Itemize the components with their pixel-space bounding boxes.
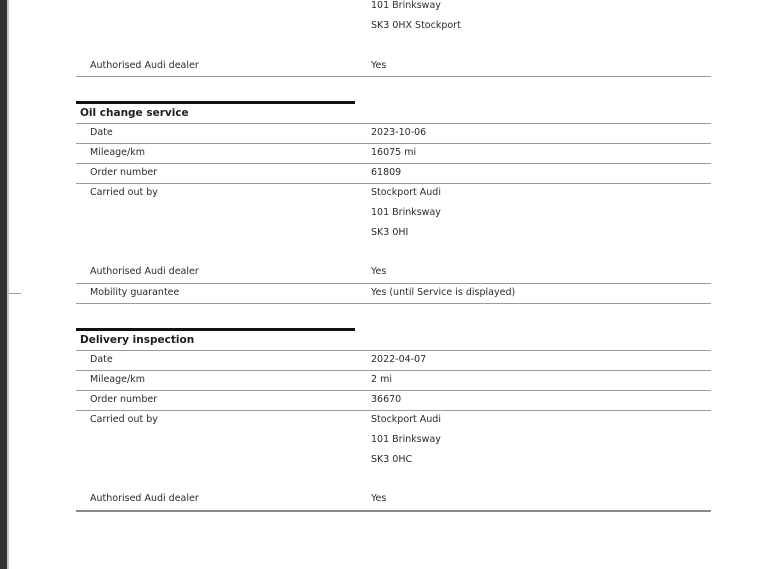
- service-record-document: 101 Brinksway SK3 0HX Stockport Authoris…: [0, 0, 759, 569]
- row-divider: [76, 390, 711, 391]
- field-value: Yes: [371, 60, 386, 72]
- field-label: Mobility guarantee: [90, 287, 179, 299]
- dealer-address: 101 Brinksway: [371, 434, 441, 446]
- row-divider: [76, 143, 711, 144]
- field-label: Mileage/km: [90, 374, 145, 386]
- address-line: 101 Brinksway: [371, 0, 441, 12]
- field-label: Carried out by: [90, 414, 158, 426]
- row-divider: [76, 183, 711, 184]
- row-divider: [76, 163, 711, 164]
- row-divider: [76, 510, 711, 512]
- row-divider: [76, 303, 711, 304]
- field-label: Date: [90, 354, 113, 366]
- row-divider: [76, 76, 711, 77]
- address-line: SK3 0HX Stockport: [371, 20, 461, 32]
- field-value: 61809: [371, 167, 401, 179]
- section-rule: [76, 328, 355, 331]
- dealer-postcode: SK3 0HI: [371, 227, 408, 239]
- row-divider: [76, 370, 711, 371]
- dealer-name: Stockport Audi: [371, 414, 441, 426]
- field-value: 2022-04-07: [371, 354, 426, 366]
- field-value: Yes (until Service is displayed): [371, 287, 515, 299]
- field-label: Order number: [90, 167, 157, 179]
- section-title-delivery-inspection: Delivery inspection: [80, 334, 194, 347]
- field-label: Order number: [90, 394, 157, 406]
- row-divider: [76, 350, 711, 351]
- row-divider: [76, 283, 711, 284]
- field-value: Yes: [371, 493, 386, 505]
- dealer-name: Stockport Audi: [371, 187, 441, 199]
- row-divider: [76, 123, 711, 124]
- field-label: Carried out by: [90, 187, 158, 199]
- field-value: 2023-10-06: [371, 127, 426, 139]
- field-value: Yes: [371, 266, 386, 278]
- field-value: 36670: [371, 394, 401, 406]
- field-label: Authorised Audi dealer: [90, 493, 199, 505]
- field-value: 2 mi: [371, 374, 392, 386]
- dealer-address: 101 Brinksway: [371, 207, 441, 219]
- field-label: Date: [90, 127, 113, 139]
- field-label: Mileage/km: [90, 147, 145, 159]
- field-label: Authorised Audi dealer: [90, 60, 199, 72]
- dealer-postcode: SK3 0HC: [371, 454, 412, 466]
- section-title-oil-change: Oil change service: [80, 107, 189, 120]
- field-label: Authorised Audi dealer: [90, 266, 199, 278]
- field-value: 16075 mi: [371, 147, 416, 159]
- row-divider: [76, 410, 711, 411]
- section-rule: [76, 101, 355, 104]
